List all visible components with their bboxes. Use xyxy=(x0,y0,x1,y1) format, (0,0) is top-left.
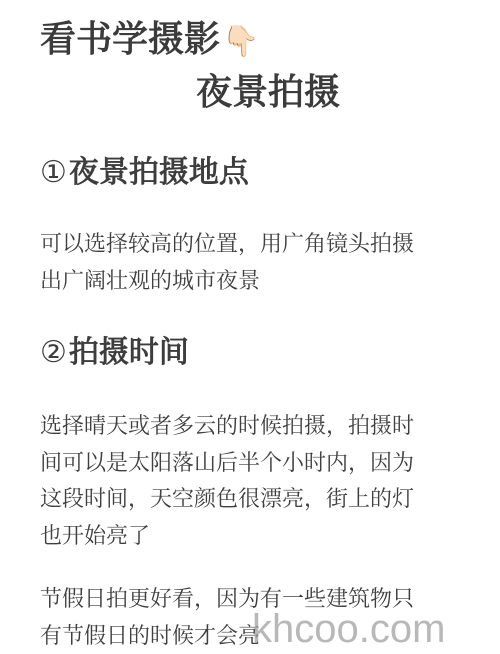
section-number: ② xyxy=(40,335,67,370)
section-number: ① xyxy=(40,155,67,190)
section-heading-time: ②拍摄时间 xyxy=(40,333,189,373)
paragraph-time: 选择晴天或者多云的时候拍摄，拍摄时 间可以是太阳落山后半个小时内，因为 这段时间… xyxy=(40,409,460,555)
paragraph-line: 可以选择较高的位置，用广角镜头拍摄 xyxy=(40,227,460,264)
pointing-down-hand-icon: 👇🏻 xyxy=(222,24,259,59)
watermark: khcoo.com xyxy=(252,606,445,652)
paragraph-location: 可以选择较高的位置，用广角镜头拍摄 出广阔壮观的城市夜景 xyxy=(40,227,460,300)
title-line-1: 看书学摄影👇🏻 xyxy=(40,16,259,66)
paragraph-line: 选择晴天或者多云的时候拍摄，拍摄时 xyxy=(40,409,460,446)
title-line-2: 夜景拍摄 xyxy=(196,69,340,117)
title-text-1: 看书学摄影 xyxy=(40,19,220,60)
section-heading-location: ①夜景拍摄地点 xyxy=(40,153,249,193)
paragraph-line: 这段时间，天空颜色很漂亮，街上的灯 xyxy=(40,482,460,519)
paragraph-line: 间可以是太阳落山后半个小时内，因为 xyxy=(40,446,460,483)
section-title: 夜景拍摄地点 xyxy=(69,155,249,190)
paragraph-line: 也开始亮了 xyxy=(40,519,460,556)
paragraph-line: 出广阔壮观的城市夜景 xyxy=(40,264,460,301)
section-title: 拍摄时间 xyxy=(69,335,189,370)
